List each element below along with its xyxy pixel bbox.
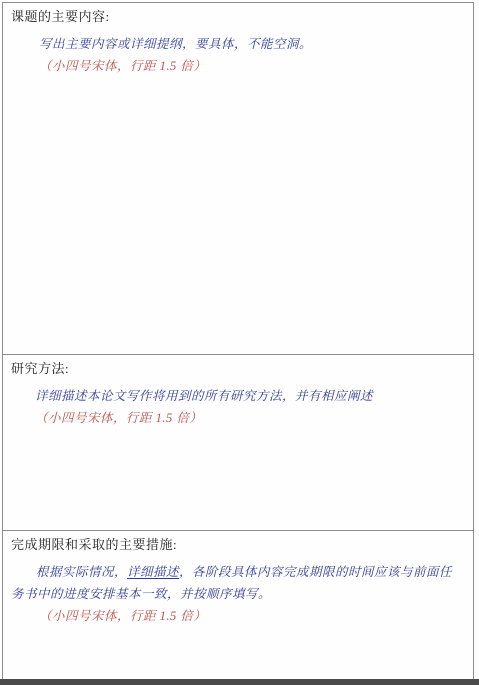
section-deadline-measures: 完成期限和采取的主要措施: 根据实际情况，详细描述，各阶段具体内容完成期限的时间… <box>3 531 473 679</box>
section-main-content-title: 课题的主要内容: <box>11 7 465 27</box>
section-main-content: 课题的主要内容: 写出主要内容或详细提纲，要具体，不能空洞。 （小四号宋体，行距… <box>3 3 473 355</box>
section-research-methods: 研究方法: 详细描述本论文写作将用到的所有研究方法，并有相应阐述 （小四号宋体，… <box>3 355 473 531</box>
research-methods-instruction-text: 详细描述本论文写作将用到的所有研究方法，并有相应阐述 <box>35 385 465 407</box>
deadline-measures-format-note: （小四号宋体，行距 1.5 倍） <box>39 605 465 627</box>
deadline-text-underlined: 详细描述 <box>127 565 179 579</box>
section-research-methods-title: 研究方法: <box>11 359 465 379</box>
research-methods-format-note: （小四号宋体，行距 1.5 倍） <box>35 407 465 429</box>
section-deadline-measures-title: 完成期限和采取的主要措施: <box>11 535 465 555</box>
deadline-measures-instruction-text: 根据实际情况，详细描述，各阶段具体内容完成期限的时间应该与前面任务书中的进度安排… <box>11 561 465 605</box>
main-content-format-note: （小四号宋体，行距 1.5 倍） <box>39 55 465 77</box>
proposal-form-table: 课题的主要内容: 写出主要内容或详细提纲，要具体，不能空洞。 （小四号宋体，行距… <box>2 2 474 679</box>
deadline-text-before: 根据实际情况， <box>36 565 127 579</box>
page-edge-shadow <box>0 679 479 685</box>
main-content-instruction-text: 写出主要内容或详细提纲，要具体，不能空洞。 <box>39 33 465 55</box>
scanned-form-page: 课题的主要内容: 写出主要内容或详细提纲，要具体，不能空洞。 （小四号宋体，行距… <box>0 0 479 685</box>
